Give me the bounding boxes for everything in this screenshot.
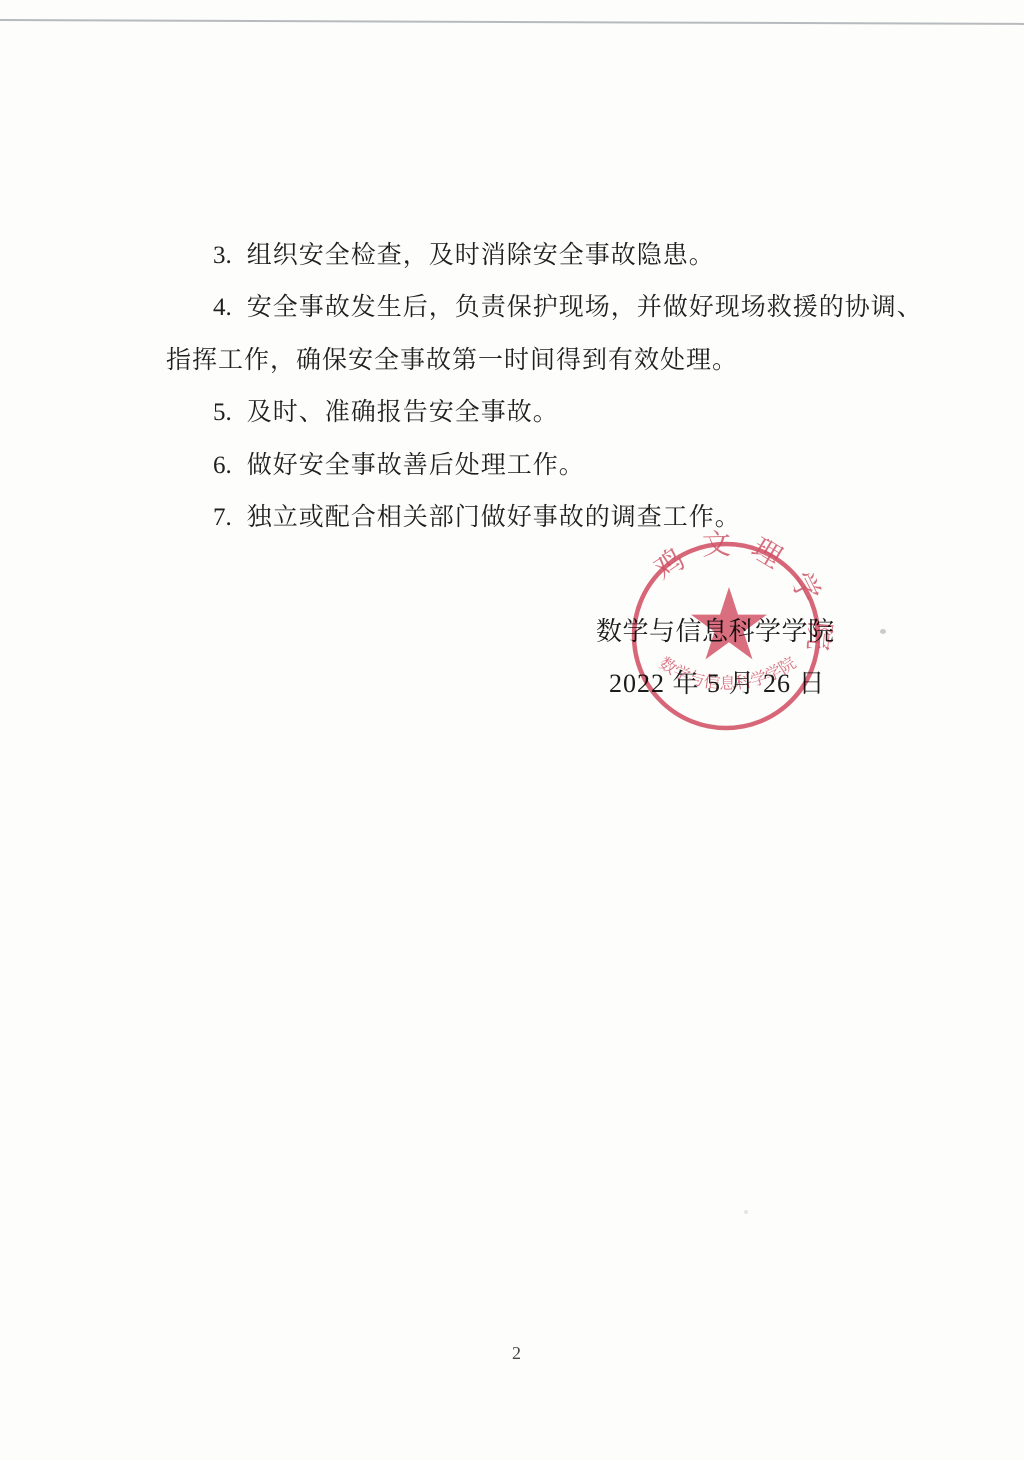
list-item-4: 4.安全事故发生后，负责保护现场，并做好现场救援的协调、 bbox=[213, 295, 923, 321]
list-item-number: 5. bbox=[213, 400, 232, 426]
stamp-bottom-arc-label: 数学与信息科学学院 bbox=[656, 653, 800, 693]
list-item-text: 组织安全检查，及时消除安全事故隐患。 bbox=[247, 242, 715, 269]
list-item-number: 3. bbox=[213, 243, 232, 269]
official-stamp: 鸡文理学院 数学与信息科学学院 bbox=[610, 520, 850, 760]
list-item-4-continuation: 指挥工作，确保安全事故第一时间得到有效处理。 bbox=[166, 348, 738, 374]
scan-speck bbox=[880, 629, 886, 634]
list-item-number: 6. bbox=[213, 453, 232, 479]
list-item-text: 指挥工作，确保安全事故第一时间得到有效处理。 bbox=[166, 347, 738, 374]
list-item-text: 安全事故发生后，负责保护现场，并做好现场救援的协调、 bbox=[247, 294, 923, 321]
star-icon bbox=[691, 587, 767, 659]
list-item-text: 做好安全事故善后处理工作。 bbox=[247, 452, 585, 479]
document-page: 3.组织安全检查，及时消除安全事故隐患。 4.安全事故发生后，负责保护现场，并做… bbox=[0, 0, 1024, 1460]
list-item-number: 4. bbox=[213, 295, 232, 321]
list-item-6: 6.做好安全事故善后处理工作。 bbox=[213, 453, 585, 479]
list-item-number: 7. bbox=[213, 505, 232, 531]
list-item-5: 5.及时、准确报告安全事故。 bbox=[213, 400, 559, 426]
scan-artifact-line bbox=[0, 19, 1024, 25]
list-item-3: 3.组织安全检查，及时消除安全事故隐患。 bbox=[213, 243, 715, 269]
page-number: 2 bbox=[512, 1343, 521, 1364]
list-item-text: 及时、准确报告安全事故。 bbox=[247, 399, 559, 426]
scan-speck bbox=[744, 1210, 748, 1214]
